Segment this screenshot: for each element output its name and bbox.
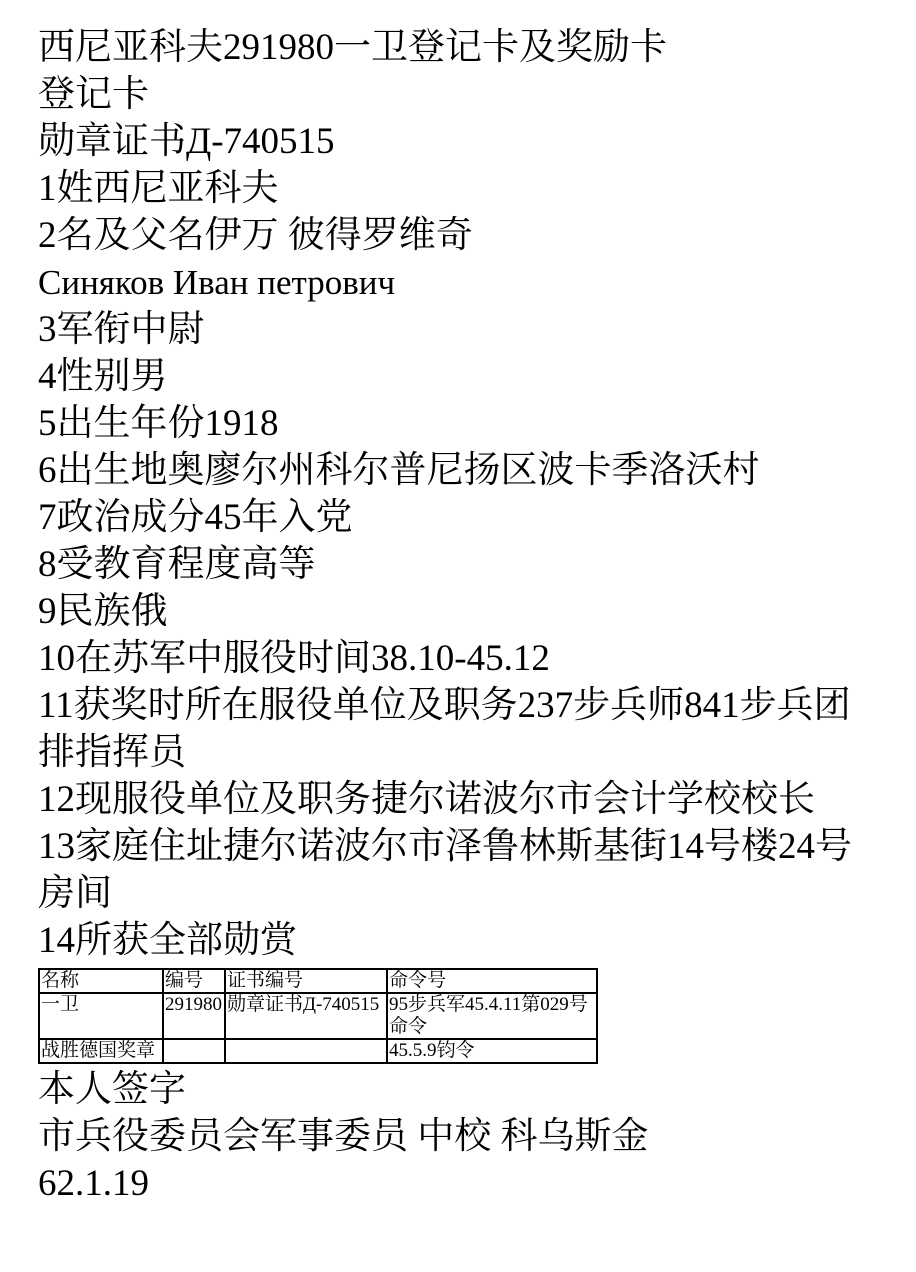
header-order-number: 命令号 xyxy=(387,969,597,993)
field-surname: 1姓西尼亚科夫 xyxy=(38,165,858,212)
field-gender: 4性别男 xyxy=(38,353,858,400)
document-title: 西尼亚科夫291980一卫登记卡及奖励卡 xyxy=(38,24,858,71)
cell-order-number: 45.5.9钧令 xyxy=(387,1039,597,1063)
cell-award-number: 291980 xyxy=(163,993,225,1039)
field-home-address: 13家庭住址捷尔诺波尔市泽鲁林斯基街14号楼24号房间 xyxy=(38,823,858,917)
cell-order-number: 95步兵军45.4.11第029号命令 xyxy=(387,993,597,1039)
certificate-number: 勋章证书Д-740515 xyxy=(38,118,858,165)
military-commissar: 市兵役委员会军事委员 中校 科乌斯金 xyxy=(38,1113,858,1160)
document-date: 62.1.19 xyxy=(38,1160,858,1207)
field-party-membership: 7政治成分45年入党 xyxy=(38,494,858,541)
document-subtitle: 登记卡 xyxy=(38,71,858,118)
header-number: 编号 xyxy=(163,969,225,993)
table-header-row: 名称 编号 证书编号 命令号 xyxy=(39,969,597,993)
cell-award-number xyxy=(163,1039,225,1063)
field-service-period: 10在苏军中服役时间38.10-45.12 xyxy=(38,635,858,682)
cell-certificate-number: 勋章证书Д-740515 xyxy=(225,993,387,1039)
cell-certificate-number xyxy=(225,1039,387,1063)
field-name-patronymic: 2名及父名伊万 彼得罗维奇 xyxy=(38,212,858,259)
field-unit-at-award: 11获奖时所在服役单位及职务237步兵师841步兵团排指挥员 xyxy=(38,682,858,776)
field-birth-year: 5出生年份1918 xyxy=(38,400,858,447)
field-name-russian: Синяков Иван петрович xyxy=(38,259,858,306)
header-certificate-number: 证书编号 xyxy=(225,969,387,993)
field-current-position: 12现服役单位及职务捷尔诺波尔市会计学校校长 xyxy=(38,776,858,823)
signature-label: 本人签字 xyxy=(38,1066,858,1113)
field-nationality: 9民族俄 xyxy=(38,588,858,635)
awards-table: 名称 编号 证书编号 命令号 一卫 291980 勋章证书Д-740515 95… xyxy=(38,968,598,1064)
field-education: 8受教育程度高等 xyxy=(38,541,858,588)
cell-award-name: 战胜德国奖章 xyxy=(39,1039,163,1063)
table-row: 战胜德国奖章 45.5.9钧令 xyxy=(39,1039,597,1063)
header-name: 名称 xyxy=(39,969,163,993)
field-all-awards: 14所获全部勋赏 xyxy=(38,917,858,964)
registration-card-document: 西尼亚科夫291980一卫登记卡及奖励卡 登记卡 勋章证书Д-740515 1姓… xyxy=(0,0,878,1207)
field-rank: 3军衔中尉 xyxy=(38,306,858,353)
cell-award-name: 一卫 xyxy=(39,993,163,1039)
field-birthplace: 6出生地奥廖尔州科尔普尼扬区波卡季洛沃村 xyxy=(38,447,858,494)
table-row: 一卫 291980 勋章证书Д-740515 95步兵军45.4.11第029号… xyxy=(39,993,597,1039)
